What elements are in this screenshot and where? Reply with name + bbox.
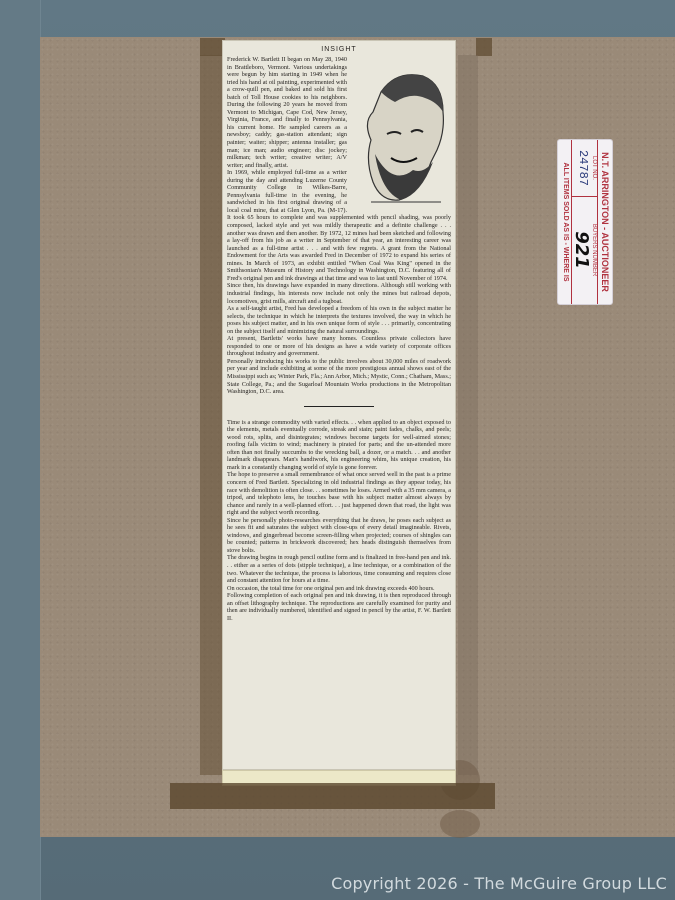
buyer-number-box: BUYERS NUMBER 921	[572, 196, 598, 304]
paragraph: The hope to preserve a small remembrance…	[227, 471, 451, 516]
tape-strip	[200, 55, 222, 775]
paragraph: As a self-taught artist, Fred has develo…	[227, 305, 451, 335]
footer: Copyright 2026 - The McGuire Group LLC	[0, 868, 675, 900]
paragraph: Since he personally photo-researches eve…	[227, 517, 451, 555]
paragraph: At present, Bartletts' works have many h…	[227, 335, 451, 358]
clipping-text-column: Frederick W. Bartlett II began on May 28…	[227, 56, 451, 622]
newspaper-clipping: INSIGHT Frederick W. Bartlett II began o…	[222, 40, 456, 770]
paragraph: Following completion of each original pe…	[227, 592, 451, 622]
tape-strip	[170, 783, 495, 809]
paragraph: On occasion, the total time for one orig…	[227, 585, 451, 593]
frame-left-edge	[0, 0, 41, 900]
paragraph: Time is a strange commodity with varied …	[227, 419, 451, 472]
lot-number-value: 24787	[576, 140, 590, 196]
auctioneer-name: N.T. ARRINGTON - AUCTIONEER	[597, 140, 612, 304]
artist-portrait-sketch	[351, 62, 451, 210]
lot-number-box: LOT NO. 24787	[572, 140, 598, 197]
buyer-number-value: 921	[572, 196, 590, 304]
paragraph: Since then, his drawings have expanded i…	[227, 282, 451, 305]
auction-lot-label: N.T. ARRINGTON - AUCTIONEER LOT NO. 2478…	[557, 139, 613, 305]
sale-terms: ALL ITEMS SOLD AS IS - WHERE IS	[558, 140, 572, 304]
tape-residue	[440, 810, 480, 838]
tape-strip	[476, 38, 492, 56]
paragraph: The drawing begins in rough pencil outli…	[227, 554, 451, 584]
tape-strip	[458, 55, 478, 775]
clipping-heading: INSIGHT	[227, 46, 451, 53]
paragraph: Personally introducing his works to the …	[227, 358, 451, 396]
section-divider	[304, 406, 374, 407]
copyright-watermark: Copyright 2026 - The McGuire Group LLC	[331, 874, 667, 893]
lot-number-label: LOT NO.	[590, 140, 598, 196]
